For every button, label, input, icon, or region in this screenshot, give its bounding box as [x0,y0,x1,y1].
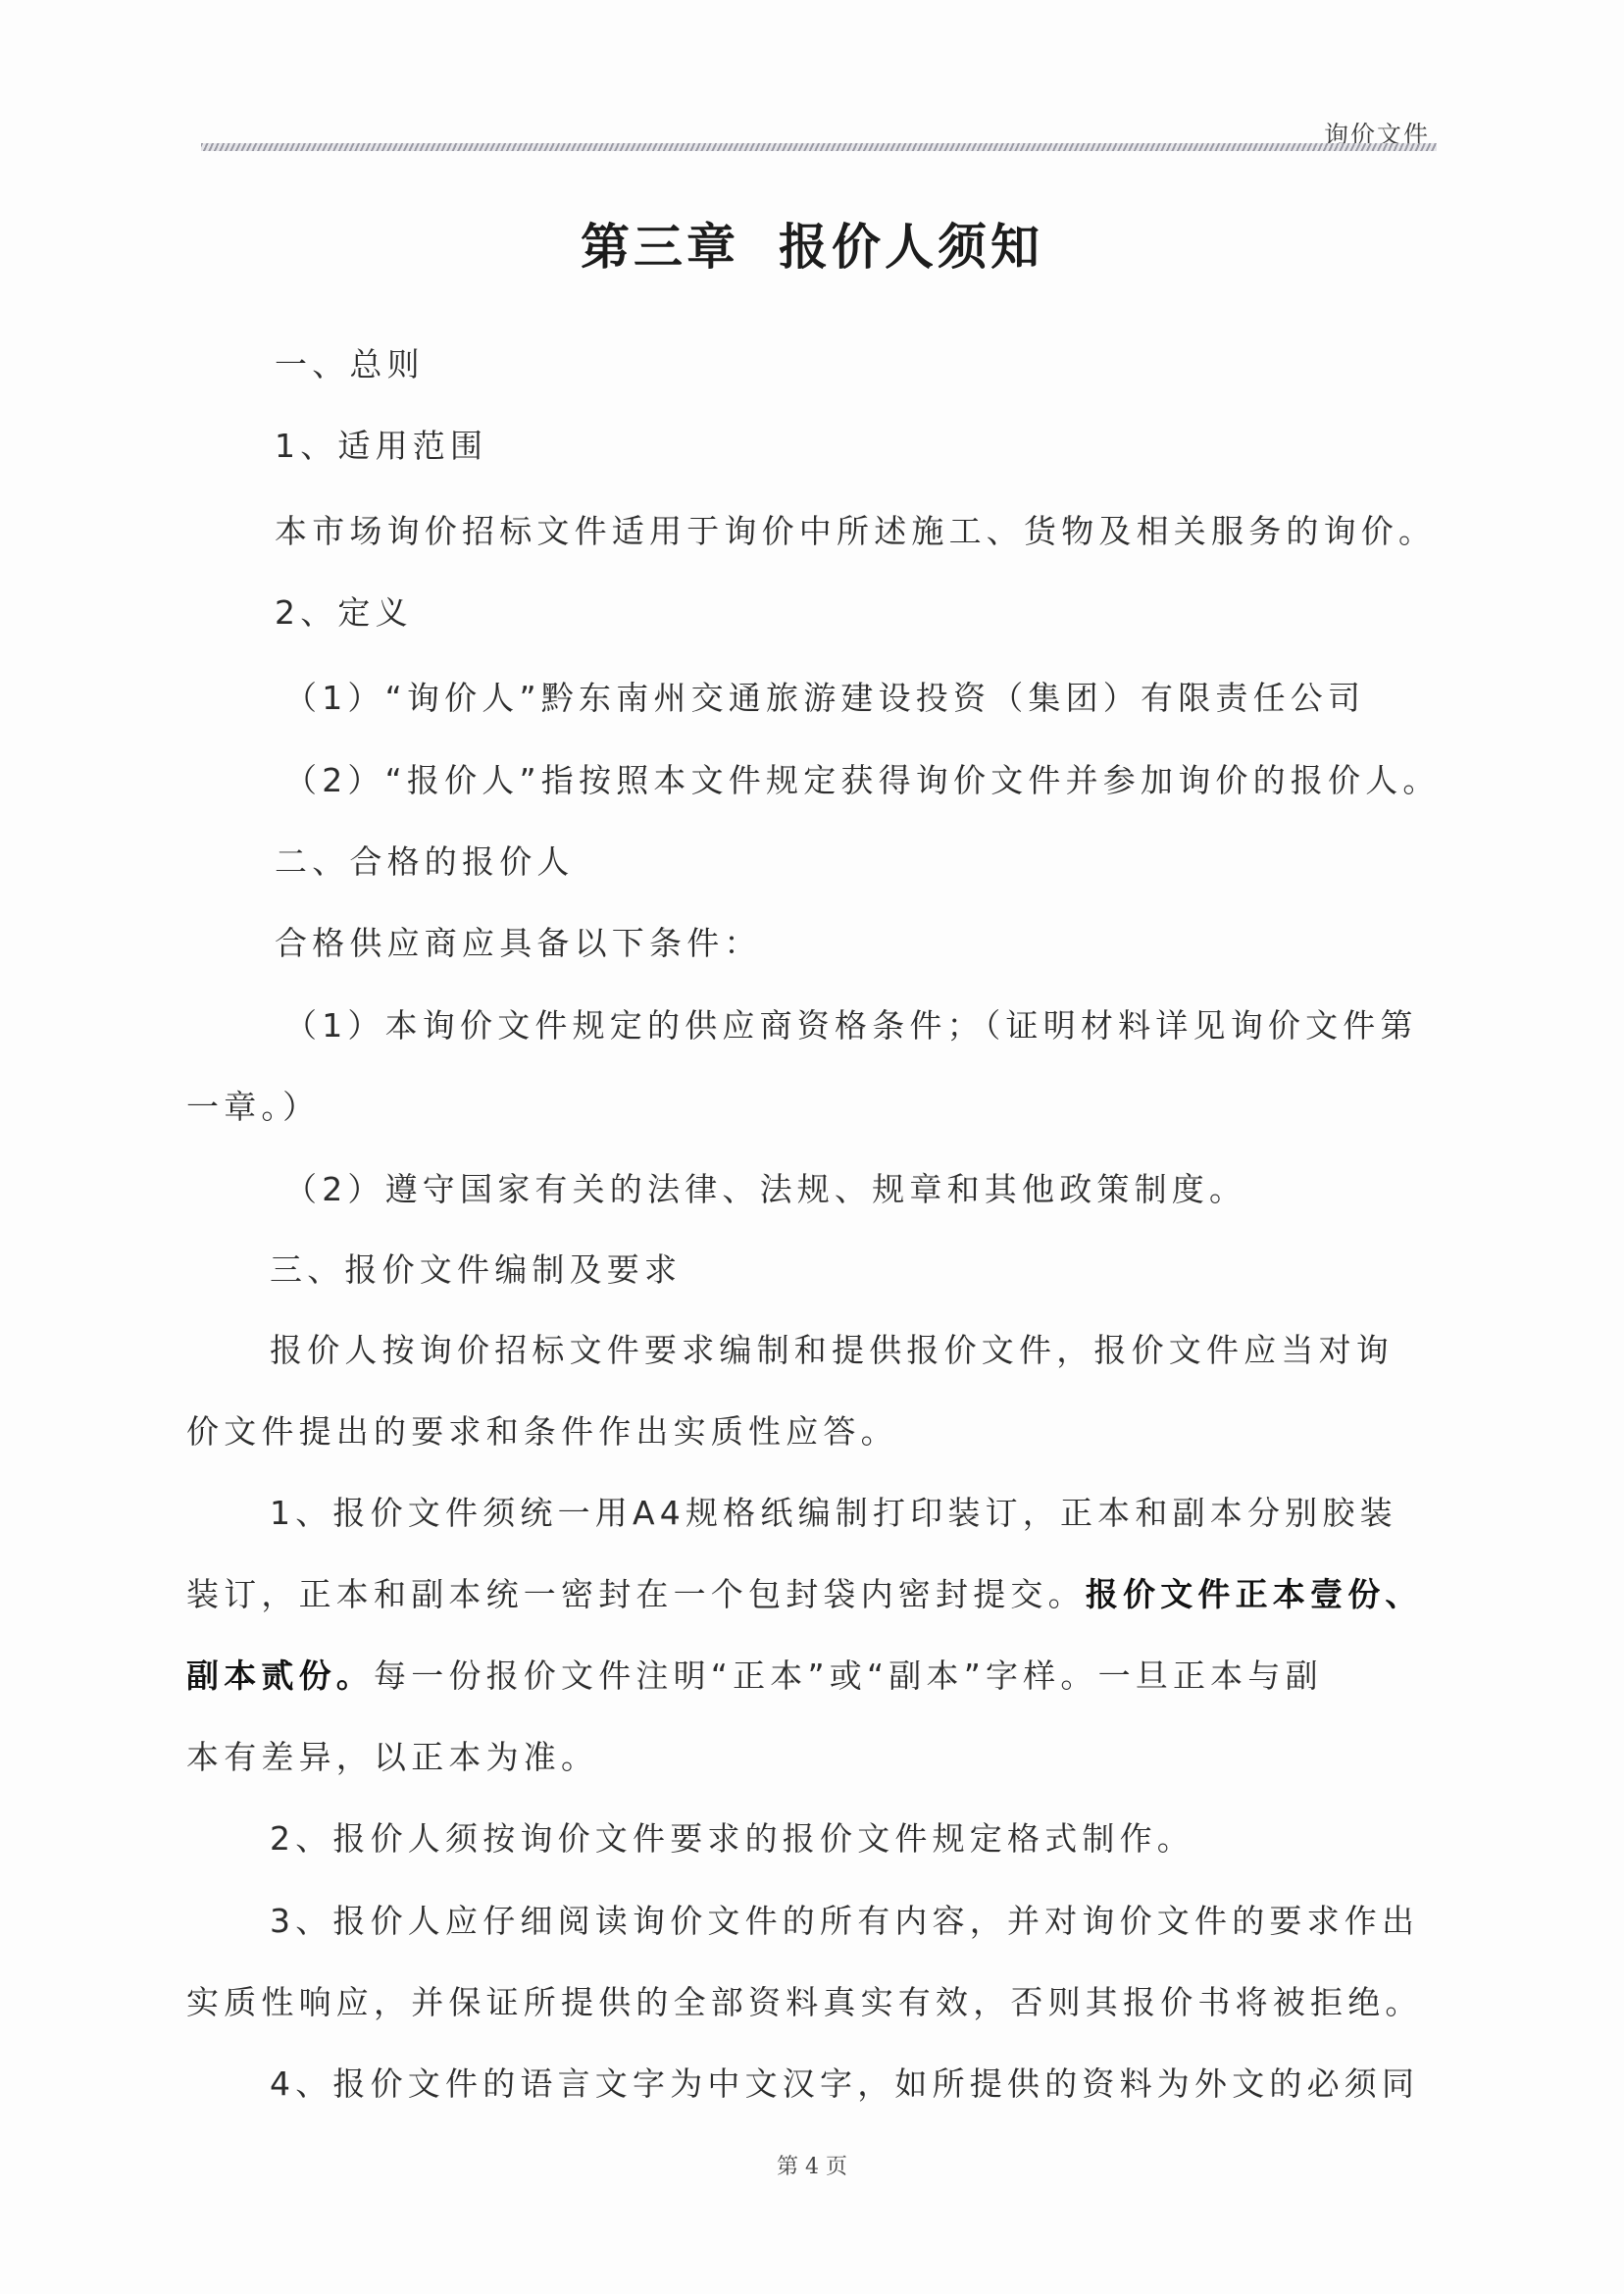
text-line-s1: 一、总则 [275,343,1525,386]
page-number: 第 4 页 [0,2150,1624,2180]
line-text: 每一份报价文件注明“正本”或“副本”字样。一旦正本与副 [374,1657,1323,1695]
text-line-s3-1a: 1、报价文件须统一用A4规格纸编制打印装订，正本和副本分别胶装 [270,1492,1520,1535]
line-text: 三、报价文件编制及要求 [270,1250,682,1289]
line-text: （1）本询价文件规定的供应商资格条件；（证明材料详见询价文件第 [284,1006,1418,1045]
chapter-title: 第三章报价人须知 [0,208,1624,279]
line-text: 装订，正本和副本统一密封在一个包封袋内密封提交。 [186,1575,1086,1613]
text-line-s3-3b: 实质性响应，并保证所提供的全部资料真实有效，否则其报价书将被拒绝。 [186,1981,1437,2024]
text-line-s3-3a: 3、报价人应仔细阅读询价文件的所有内容，并对询价文件的要求作出 [270,1900,1520,1943]
line-text: 报价人按询价招标文件要求编制和提供报价文件，报价文件应当对询 [270,1331,1394,1369]
line-text: （1）“询价人”黔东南州交通旅游建设投资（集团）有限责任公司 [284,679,1365,717]
line-text: 合格供应商应具备以下条件： [275,924,762,962]
text-line-s3-1b: 装订，正本和副本统一密封在一个包封袋内密封提交。报价文件正本壹份、 [186,1573,1437,1616]
line-text: 4、报价文件的语言文字为中文汉字，如所提供的资料为外文的必须同 [270,2065,1419,2103]
line-text: （2）遵守国家有关的法律、法规、规章和其他政策制度。 [284,1170,1246,1208]
bold-emphasis: 副本贰份。 [186,1657,374,1695]
chapter-name: 报价人须知 [779,218,1043,276]
text-line-s2-1a: （1）本询价文件规定的供应商资格条件；（证明材料详见询价文件第 [284,1004,1535,1047]
line-text: 3、报价人应仔细阅读询价文件的所有内容，并对询价文件的要求作出 [270,1902,1419,1940]
line-text: 一、总则 [275,345,425,383]
line-text: 1、适用范围 [275,427,487,465]
line-text: 二、合格的报价人 [275,842,575,881]
text-line-s3-1d: 本有差异，以正本为准。 [186,1736,1437,1779]
text-line-s3-2: 2、报价人须按询价文件要求的报价文件规定格式制作。 [270,1817,1520,1861]
text-line-s2: 二、合格的报价人 [275,841,1525,884]
text-line-s2-2: （2）遵守国家有关的法律、法规、规章和其他政策制度。 [284,1168,1535,1211]
line-text: 本市场询价招标文件适用于询价中所述施工、货物及相关服务的询价。 [275,512,1436,550]
text-line-s1-2-2: （2）“报价人”指按照本文件规定获得询价文件并参加询价的报价人。 [284,759,1535,802]
line-text: 2、报价人须按询价文件要求的报价文件规定格式制作。 [270,1819,1194,1858]
line-text: 一章。） [186,1088,320,1126]
text-line-s1-2: 2、定义 [275,591,1525,635]
line-text: 2、定义 [275,593,413,632]
line-text: 实质性响应，并保证所提供的全部资料真实有效，否则其报价书将被拒绝。 [186,1983,1423,2021]
line-text: 价文件提出的要求和条件作出实质性应答。 [186,1412,898,1451]
text-line-s2-1b: 一章。） [186,1086,1437,1129]
text-line-s3-pa: 报价人按询价招标文件要求编制和提供报价文件，报价文件应当对询 [270,1329,1520,1372]
line-text: 1、报价文件须统一用A4规格纸编制打印装订，正本和副本分别胶装 [270,1494,1397,1532]
chapter-number: 第三章 [581,218,739,276]
line-text: （2）“报价人”指按照本文件规定获得询价文件并参加询价的报价人。 [284,761,1441,799]
text-line-s3: 三、报价文件编制及要求 [270,1249,1520,1292]
document-page: 询价文件 第三章报价人须知 一、总则1、适用范围本市场询价招标文件适用于询价中所… [0,0,1624,2294]
text-line-s1-2-1: （1）“询价人”黔东南州交通旅游建设投资（集团）有限责任公司 [284,677,1535,720]
text-line-s3-1c: 副本贰份。每一份报价文件注明“正本”或“副本”字样。一旦正本与副 [186,1655,1437,1698]
header-divider [201,143,1437,151]
text-line-s3-pb: 价文件提出的要求和条件作出实质性应答。 [186,1410,1437,1453]
line-text: 本有差异，以正本为准。 [186,1738,598,1776]
text-line-s1-1-p: 本市场询价招标文件适用于询价中所述施工、货物及相关服务的询价。 [275,510,1525,553]
bold-emphasis: 报价文件正本壹份、 [1086,1575,1423,1613]
text-line-s1-1: 1、适用范围 [275,425,1525,468]
text-line-s3-4a: 4、报价文件的语言文字为中文汉字，如所提供的资料为外文的必须同 [270,2063,1520,2106]
text-line-s2-p: 合格供应商应具备以下条件： [275,922,1525,965]
